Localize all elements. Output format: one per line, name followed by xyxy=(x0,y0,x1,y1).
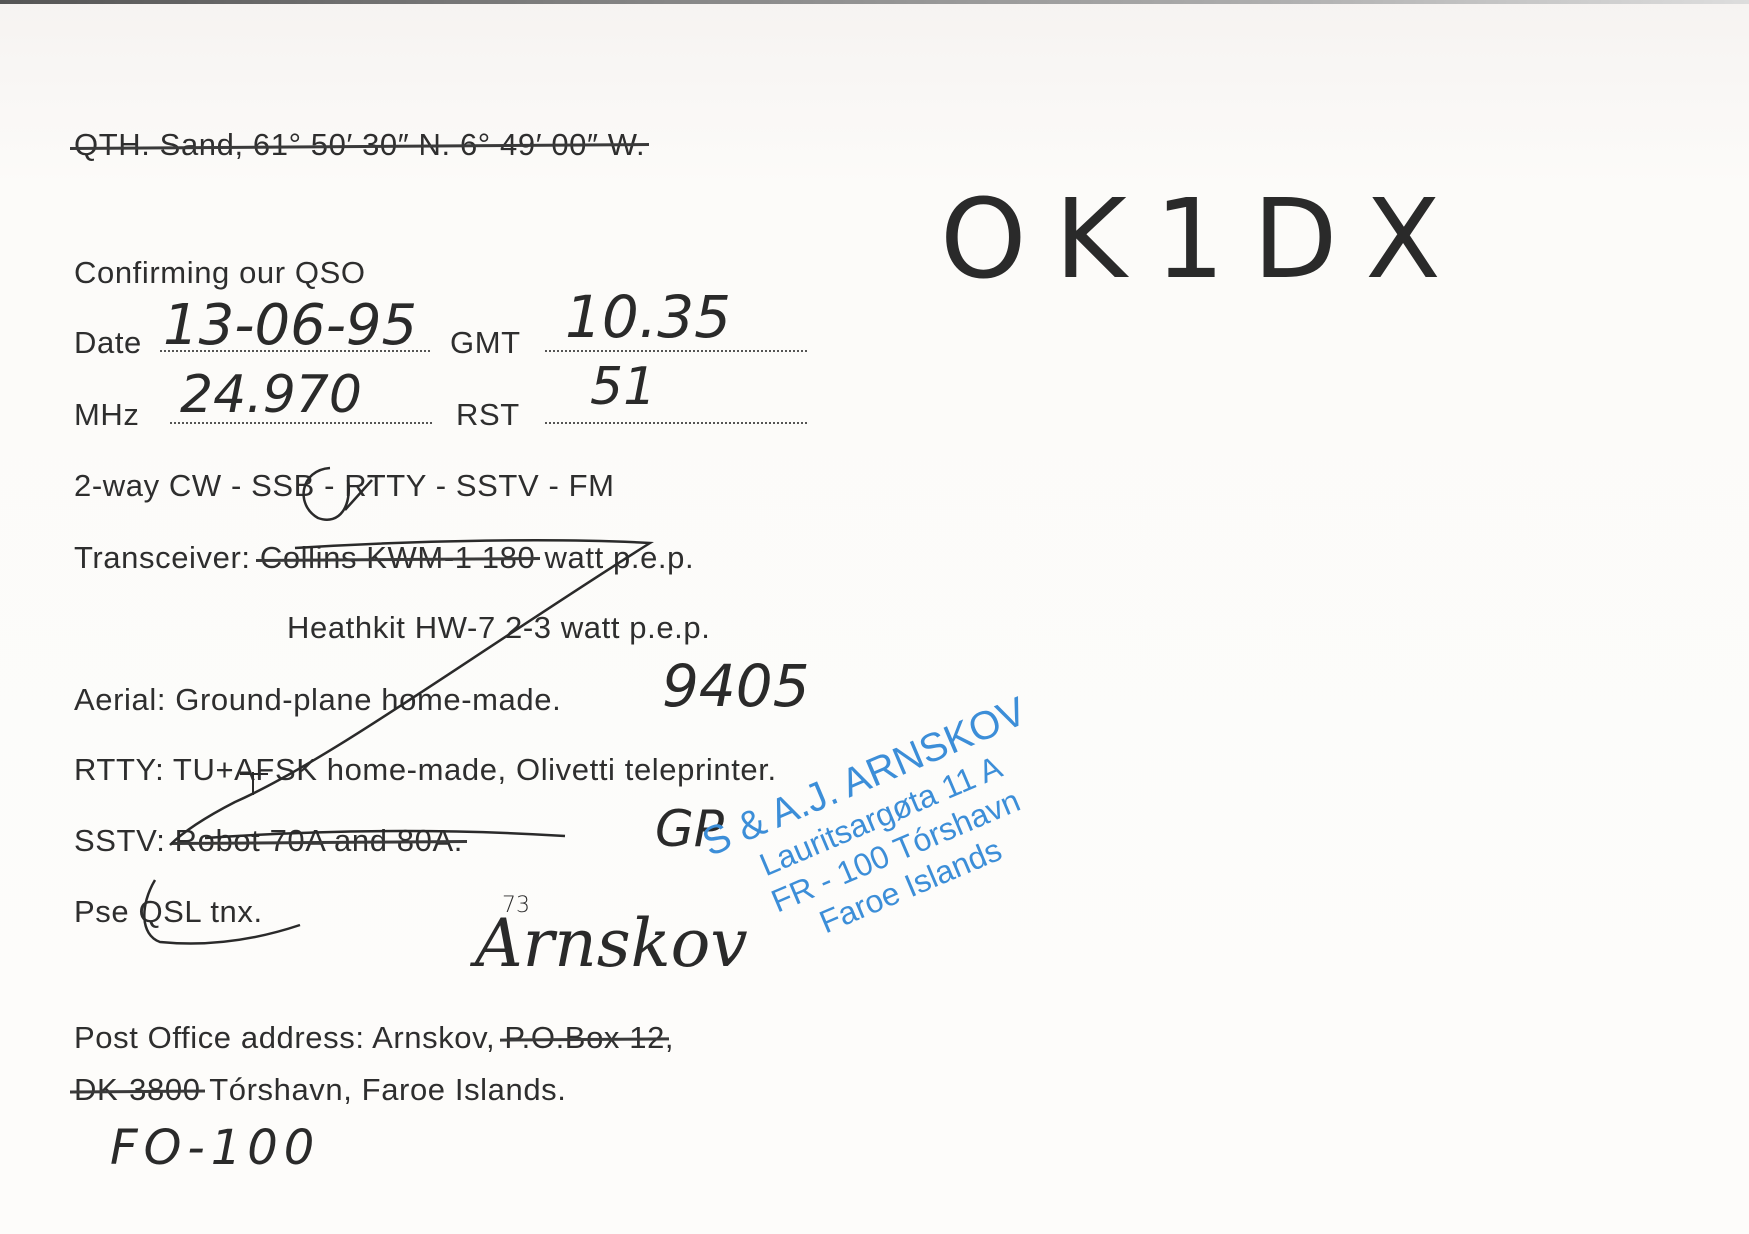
rtty-line: RTTY: TU+AFSK home-made, Olivetti telepr… xyxy=(74,752,777,788)
city-line: DK-3800 Tórshavn, Faroe Islands. xyxy=(74,1072,567,1108)
transceiver-line: Transceiver: Collins KWM-1 180 watt p.e.… xyxy=(74,540,694,576)
modes-line: 2-way CW - SSB - RTTY - SSTV - FM xyxy=(74,468,615,504)
pse-line: Pse QSL tnx. xyxy=(74,894,263,930)
qth-line: QTH. Sand, 61° 50′ 30″ N. 6° 49′ 00″ W. xyxy=(74,127,645,163)
transceiver-2: Heathkit HW-7 2-3 watt p.e.p. xyxy=(287,610,710,646)
card-top-edge xyxy=(0,0,1749,4)
po-box-struck: P.O.Box 12 xyxy=(504,1020,665,1055)
transceiver-rest: watt p.e.p. xyxy=(535,540,694,575)
qth-struck-text: QTH. Sand, 61° 50′ 30″ N. 6° 49′ 00″ W. xyxy=(74,127,645,162)
modes-suffix: - RTTY - SSTV - FM xyxy=(315,468,615,503)
post-office-text: Post Office address: Arnskov, xyxy=(74,1020,504,1055)
transceiver-struck: Collins KWM-1 180 xyxy=(260,540,536,575)
rst-label: RST xyxy=(456,397,520,433)
confirming-heading: Confirming our QSO xyxy=(74,255,366,291)
mode-ssb-selected: SSB xyxy=(251,468,315,503)
transceiver-label: Transceiver: xyxy=(74,540,251,575)
date-label: Date xyxy=(74,325,142,361)
pse-label: Pse xyxy=(74,894,129,929)
dk-postcode-struck: DK-3800 xyxy=(74,1072,201,1107)
rst-field-line xyxy=(545,422,807,424)
mhz-label: MHz xyxy=(74,397,140,433)
qsl-tnx: QSL tnx. xyxy=(138,894,262,929)
handwritten-date: 13-06-95 xyxy=(163,293,417,358)
handwritten-aerial-note: 9405 xyxy=(662,652,810,720)
sstv-struck: Robot 70A and 80A. xyxy=(175,823,463,858)
handwritten-callsign: OK1DX xyxy=(940,175,1469,303)
sstv-line: SSTV: Robot 70A and 80A. xyxy=(74,823,463,859)
handwritten-gmt: 10.35 xyxy=(565,283,731,351)
modes-prefix: 2-way CW - xyxy=(74,468,251,503)
sstv-label: SSTV: xyxy=(74,823,165,858)
handwritten-postcode: FO-100 xyxy=(110,1120,320,1176)
aerial-line: Aerial: Ground-plane home-made. xyxy=(74,682,561,718)
city-text: Tórshavn, Faroe Islands. xyxy=(201,1072,567,1107)
handwritten-mhz: 24.970 xyxy=(180,365,362,425)
post-office-line: Post Office address: Arnskov, P.O.Box 12… xyxy=(74,1020,674,1056)
gmt-label: GMT xyxy=(450,325,521,361)
handwritten-rst: 51 xyxy=(590,357,656,417)
